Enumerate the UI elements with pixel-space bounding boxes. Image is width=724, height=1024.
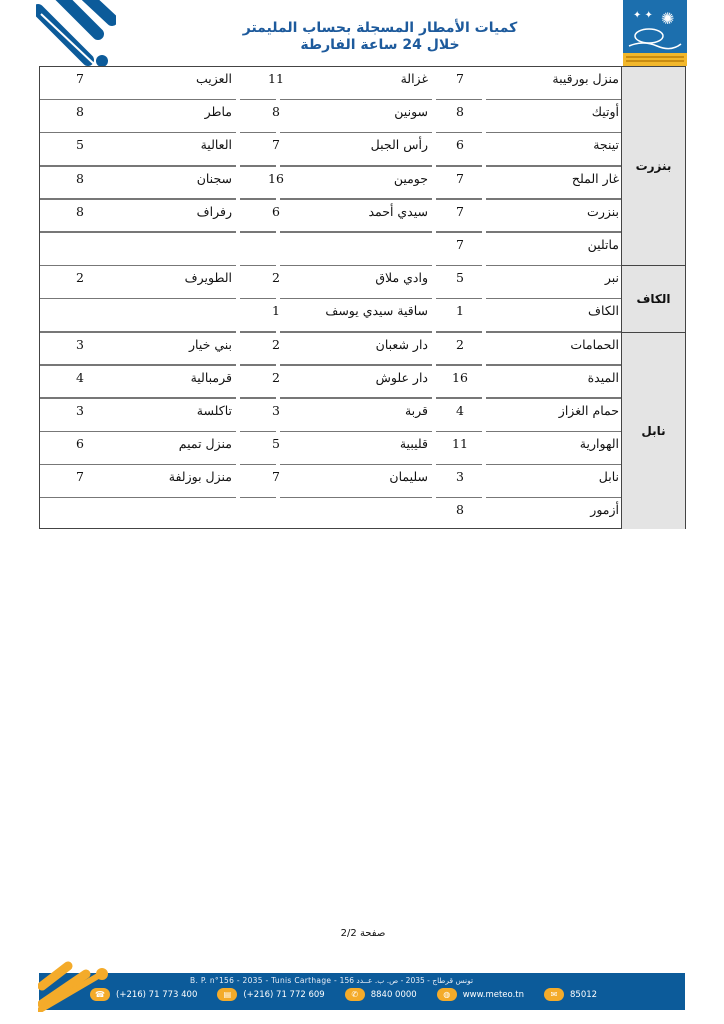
rainfall-table: بنزرت الكاف نابل منزل بورقيبة 7 غزالة 11…	[39, 66, 686, 529]
hotline-icon: ✆	[345, 988, 365, 1001]
station-name: أوتيك	[592, 104, 619, 119]
station-name: رأس الجبل	[371, 137, 428, 152]
station-name: أزمور	[590, 502, 619, 517]
rain-value: 2	[268, 337, 284, 352]
page-title: كميات الأمطار المسجلة بحساب المليمتر خلا…	[200, 20, 560, 54]
station-name: الكاف	[588, 303, 619, 318]
web-icon: ◍	[437, 988, 457, 1001]
station-name: سليمان	[389, 469, 428, 484]
station-name: حمام الغزاز	[559, 403, 619, 418]
station-name: قربة	[405, 403, 428, 418]
table-row: ماتلين 7	[40, 233, 621, 266]
station-name: رفراف	[197, 204, 232, 219]
contact-list: ☎ (+216) 71 773 400 ▤ (+216) 71 772 609 …	[90, 988, 617, 1001]
station-name: ماتلين	[588, 237, 619, 252]
table-rows: منزل بورقيبة 7 غزالة 11 العزيب 7 أوتيك 8…	[40, 67, 621, 532]
rain-value: 8	[72, 204, 88, 219]
station-name: دار شعبان	[376, 337, 428, 352]
table-row: نابل 3 سليمان 7 منزل بوزلفة 7	[40, 465, 621, 498]
table-row: حمام الغزاز 4 قربة 3 تاكلسة 3	[40, 399, 621, 432]
inm-logo-icon: ✦ ✦ ✺	[623, 0, 687, 66]
rain-value: 4	[72, 370, 88, 385]
table-row: غار الملح 7 جومين 16 سجنان 8	[40, 167, 621, 200]
rain-value: 2	[72, 270, 88, 285]
rain-value: 7	[268, 137, 284, 152]
station-name: جومين	[394, 171, 428, 186]
rain-value: 16	[268, 171, 284, 186]
rain-value: 2	[452, 337, 468, 352]
rain-value: 8	[452, 104, 468, 119]
station-name: نابل	[599, 469, 619, 484]
rain-value: 4	[452, 403, 468, 418]
station-name: نبر	[605, 270, 619, 285]
station-name: منزل بورقيبة	[552, 71, 619, 86]
rain-value: 1	[452, 303, 468, 318]
station-name: الحمامات	[570, 337, 619, 352]
region-nabeul: نابل	[621, 333, 685, 529]
postal-address: B. P. n°156 - 2035 - Tunis Carthage - تو…	[190, 976, 473, 985]
rain-value: 6	[268, 204, 284, 219]
station-name: دار علوش	[376, 370, 428, 385]
rain-value: 3	[72, 403, 88, 418]
station-name: تينجة	[593, 137, 619, 152]
station-name: العزيب	[196, 71, 232, 86]
rain-value: 8	[72, 171, 88, 186]
rain-value: 3	[452, 469, 468, 484]
rain-value: 5	[72, 137, 88, 152]
rain-value: 1	[268, 303, 284, 318]
station-name: سجنان	[197, 171, 232, 186]
rain-value: 7	[452, 171, 468, 186]
rain-value: 5	[268, 436, 284, 451]
station-name: سونين	[394, 104, 428, 119]
rain-value: 7	[452, 204, 468, 219]
contact-phone: ☎ (+216) 71 773 400	[90, 988, 197, 1001]
rain-value: 7	[72, 71, 88, 86]
rain-value: 5	[452, 270, 468, 285]
phone-icon: ☎	[90, 988, 110, 1001]
rain-value: 8	[72, 104, 88, 119]
station-name: منزل تميم	[179, 436, 232, 451]
hotline-number: 8840 0000	[371, 990, 417, 1000]
station-name: وادي ملاق	[375, 270, 428, 285]
table-row: أزمور 8	[40, 498, 621, 531]
contact-hotline: ✆ 8840 0000	[345, 988, 417, 1001]
rain-value: 3	[72, 337, 88, 352]
rain-value: 16	[452, 370, 468, 385]
station-name: منزل بوزلفة	[169, 469, 232, 484]
svg-text:✦ ✦: ✦ ✦	[633, 10, 653, 21]
station-name: قليبية	[400, 436, 428, 451]
region-kef: الكاف	[621, 266, 685, 332]
sms-icon: ✉	[544, 988, 564, 1001]
station-name: بنزرت	[587, 204, 619, 219]
stripes-logo-icon	[36, 0, 116, 66]
page-number: صفحة 2/2	[330, 928, 396, 939]
rain-value: 8	[452, 502, 468, 517]
contact-sms: ✉ 85012	[544, 988, 597, 1001]
website-link[interactable]: www.meteo.tn	[463, 990, 524, 1000]
table-row: الحمامات 2 دار شعبان 2 بني خيار 3	[40, 333, 621, 366]
station-name: الطويرف	[185, 270, 232, 285]
table-row: الهوارية 11 قليبية 5 منزل تميم 6	[40, 432, 621, 465]
fax-icon: ▤	[217, 988, 237, 1001]
table-row: نبر 5 وادي ملاق 2 الطويرف 2	[40, 266, 621, 299]
rain-value: 11	[268, 71, 284, 86]
contact-web[interactable]: ◍ www.meteo.tn	[437, 988, 524, 1001]
region-column: بنزرت الكاف نابل	[621, 67, 685, 528]
station-name: الميدة	[588, 370, 619, 385]
rain-value: 7	[72, 469, 88, 484]
sms-number: 85012	[570, 990, 597, 1000]
station-name: العالية	[201, 137, 232, 152]
footer-stripes-icon	[38, 958, 112, 1012]
station-name: غار الملح	[572, 171, 619, 186]
station-name: ماطر	[205, 104, 232, 119]
table-row: بنزرت 7 سيدي أحمد 6 رفراف 8	[40, 200, 621, 233]
table-row: تينجة 6 رأس الجبل 7 العالية 5	[40, 133, 621, 166]
rain-value: 6	[72, 436, 88, 451]
title-line-1: كميات الأمطار المسجلة بحساب المليمتر	[200, 20, 560, 37]
station-name: ساقية سيدي يوسف	[325, 303, 428, 318]
rain-value: 6	[452, 137, 468, 152]
station-name: سيدي أحمد	[368, 204, 428, 219]
fax-number: (+216) 71 772 609	[243, 990, 324, 1000]
station-name: بني خيار	[189, 337, 232, 352]
station-name: الهوارية	[580, 436, 619, 451]
rain-value: 2	[268, 270, 284, 285]
rain-value: 7	[268, 469, 284, 484]
table-row: الكاف 1 ساقية سيدي يوسف 1	[40, 299, 621, 332]
svg-text:✺: ✺	[661, 9, 674, 28]
contact-fax: ▤ (+216) 71 772 609	[217, 988, 324, 1001]
rain-value: 3	[268, 403, 284, 418]
table-row: منزل بورقيبة 7 غزالة 11 العزيب 7	[40, 67, 621, 100]
rain-value: 7	[452, 237, 468, 252]
table-row: أوتيك 8 سونين 8 ماطر 8	[40, 100, 621, 133]
title-line-2: خلال 24 ساعة الفارطة	[200, 37, 560, 54]
station-name: قرمبالية	[191, 370, 232, 385]
rain-value: 2	[268, 370, 284, 385]
rain-value: 11	[452, 436, 468, 451]
station-name: تاكلسة	[197, 403, 232, 418]
station-name: غزالة	[401, 71, 428, 86]
phone-number: (+216) 71 773 400	[116, 990, 197, 1000]
rain-value: 8	[268, 104, 284, 119]
region-bizerte: بنزرت	[621, 67, 685, 266]
table-row: الميدة 16 دار علوش 2 قرمبالية 4	[40, 366, 621, 399]
rain-value: 7	[452, 71, 468, 86]
